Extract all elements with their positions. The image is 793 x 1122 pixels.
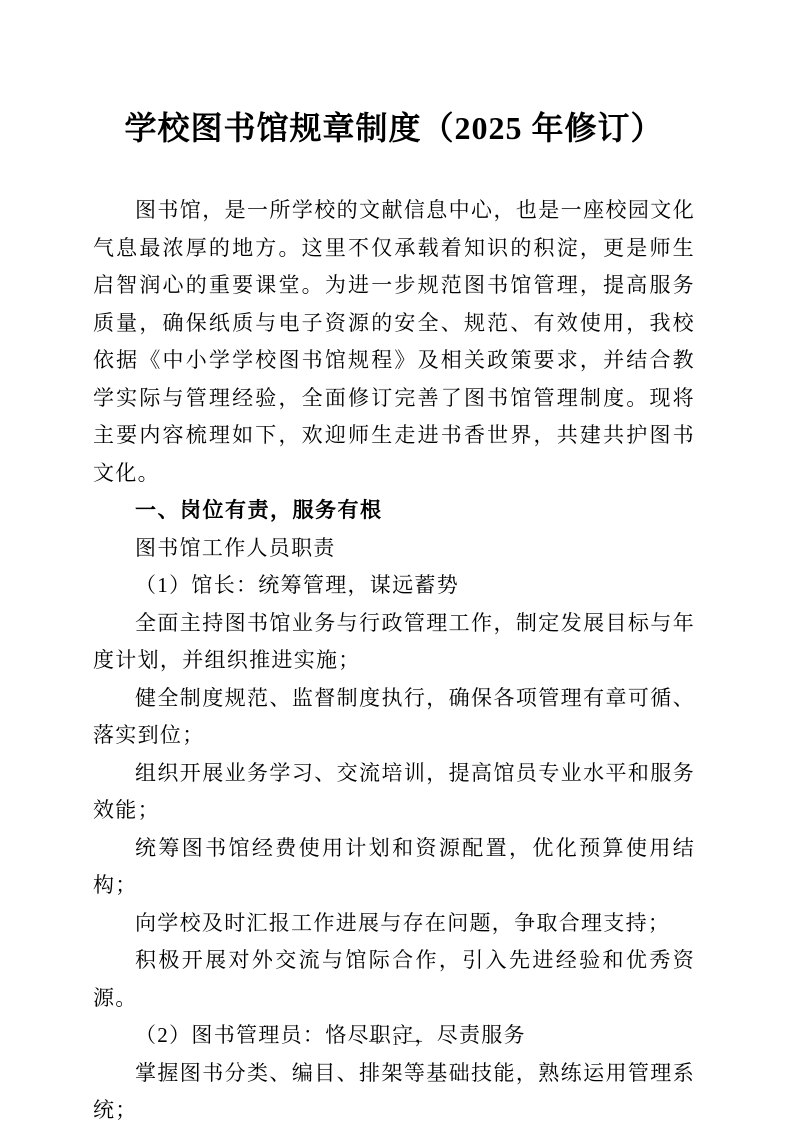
section-heading-1: 一、岗位有责，服务有根 (93, 492, 695, 530)
paragraph-director-duty-4: 统筹图书馆经费使用计划和资源配置，优化预算使用结构； (93, 830, 695, 905)
paragraph-librarian-duty-1: 掌握图书分类、编目、排架等基础技能，熟练运用管理系统； (93, 1055, 695, 1122)
paragraph-director-duty-6: 积极开展对外交流与馆际合作，引入先进经验和优秀资源。 (93, 942, 695, 1017)
page-title: 学校图书馆规章制度（2025 年修订） (93, 104, 695, 152)
page-content: 学校图书馆规章制度（2025 年修订） 图书馆，是一所学校的文献信息中心，也是一… (93, 104, 695, 1122)
intro-paragraph: 图书馆，是一所学校的文献信息中心，也是一座校园文化气息最浓厚的地方。这里不仅承载… (93, 192, 695, 492)
document-body: 图书馆，是一所学校的文献信息中心，也是一座校园文化气息最浓厚的地方。这里不仅承载… (93, 192, 695, 1122)
page-number: — 1 — (0, 1033, 793, 1050)
document-page: 学校图书馆规章制度（2025 年修订） 图书馆，是一所学校的文献信息中心，也是一… (0, 0, 793, 1122)
paragraph-staff-duties: 图书馆工作人员职责 (93, 530, 695, 568)
paragraph-director-title: （1）馆长：统筹管理，谋远蓄势 (93, 567, 695, 605)
paragraph-director-duty-3: 组织开展业务学习、交流培训，提高馆员专业水平和服务效能； (93, 755, 695, 830)
paragraph-director-duty-5: 向学校及时汇报工作进展与存在问题，争取合理支持； (93, 905, 695, 943)
paragraph-director-duty-1: 全面主持图书馆业务与行政管理工作，制定发展目标与年度计划，并组织推进实施； (93, 605, 695, 680)
paragraph-director-duty-2: 健全制度规范、监督制度执行，确保各项管理有章可循、落实到位； (93, 680, 695, 755)
